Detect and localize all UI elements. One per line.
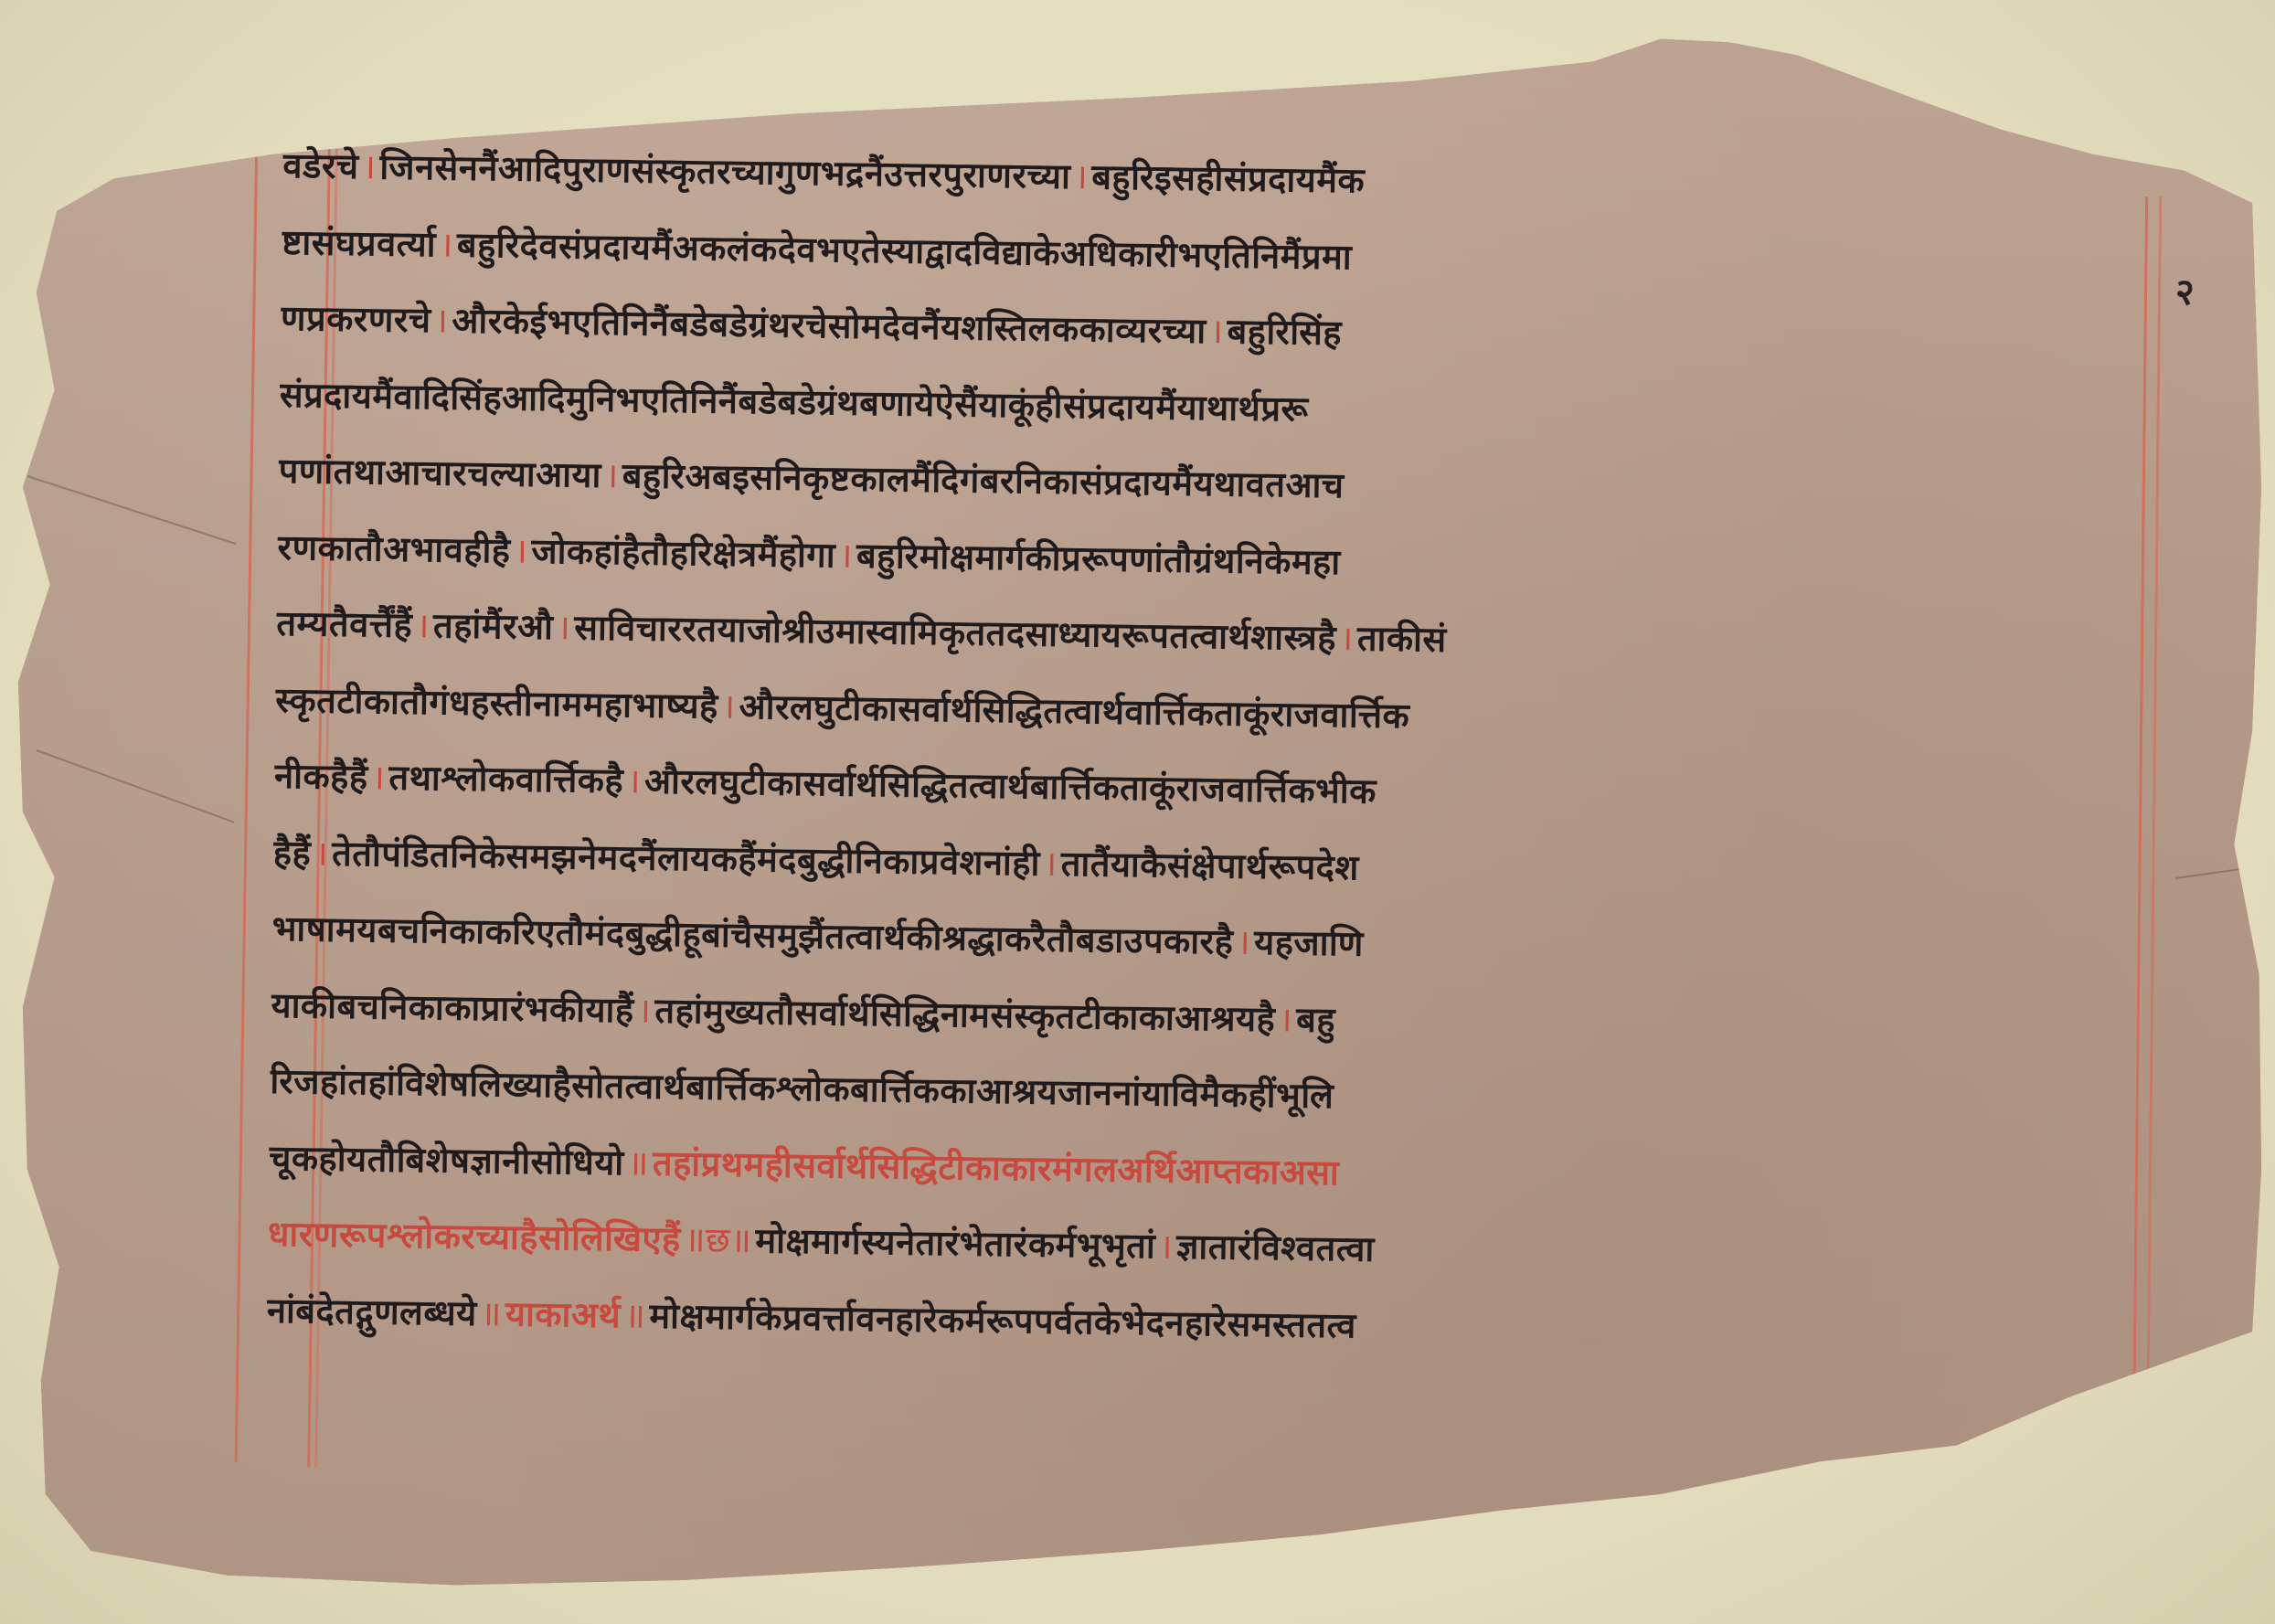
rubricated-text: याकाअर्थ <box>505 1293 622 1335</box>
text-segment: ताकीसं <box>1357 618 1447 659</box>
text-segment: चूकहोयतौबिशेषज्ञानीसोधियो <box>269 1137 624 1182</box>
rubricated-text: तहांप्रथमहीसर्वार्थसिद्धिटीकाकारमंगलअर्थ… <box>653 1142 1340 1192</box>
danda-mark: । <box>627 760 642 801</box>
paper-crack <box>27 475 237 545</box>
danda-mark: । <box>1159 1226 1174 1267</box>
text-segment: मोक्षमार्गकेप्रवर्त्तावनहारेकर्मरूपपर्वत… <box>649 1295 1356 1345</box>
text-segment: णप्रकरणरचे <box>281 298 431 340</box>
text-segment: तथाश्लोकवार्त्तिकहै <box>388 758 623 801</box>
text-segment: बहुरिसिंह <box>1227 311 1342 353</box>
text-segment: याकीबचनिकाकाप्रारंभकीयाहैं <box>271 984 634 1030</box>
danda-mark: ॥ <box>624 1295 646 1335</box>
danda-mark: । <box>1074 156 1089 196</box>
text-segment: साविचाररतयाजोश्रीउमास्वामिकृततदसाध्यायरू… <box>574 607 1336 658</box>
danda-mark: । <box>362 146 377 186</box>
danda-mark: । <box>1044 843 1058 883</box>
danda-mark: । <box>721 685 736 726</box>
right-margin-rule-2 <box>2146 196 2162 1449</box>
text-segment: वडेरचे <box>282 145 359 186</box>
text-segment: यहजाणि <box>1254 922 1364 964</box>
text-segment: ज्ञातारंविश्वतत्वा <box>1176 1226 1375 1269</box>
text-segment: तेतौपंडितनिकेसमझनेमदनैंलायकहैंमंदबुद्धीन… <box>332 833 1040 883</box>
left-margin-rule-outer <box>235 137 259 1462</box>
text-segment: तहांमुख्यतौसर्वार्थसिद्धिनामसंस्कृतटीकाक… <box>654 990 1275 1038</box>
text-segment: मोक्षमार्गस्यनेतारंभेतारंकर्मभूभृतां <box>755 1220 1155 1266</box>
danda-mark: । <box>1209 311 1224 351</box>
text-segment: जोकहांहैतौहरिक्षेत्रमैंहोगा <box>531 530 835 575</box>
text-segment: संप्रदायमैंवादिसिंहआदिमुनिभएतिनिनैंबडेबड… <box>280 374 1309 429</box>
text-segment: बहुरिइसहीसंप्रदायमैंक <box>1091 156 1365 200</box>
text-segment: औरलघुटीकासर्वार्थसिद्धितत्वार्थवार्त्तिक… <box>739 686 1409 736</box>
text-segment: पणांतथाआचारचल्याआया <box>278 451 601 495</box>
text-segment: बहुरिमोक्षमार्गकीप्ररूपणांतौग्रंथनिकेमहा <box>856 535 1341 581</box>
manuscript-text: वडेरचे।जिनसेननैंआदिपुराणसंस्कृतरच्यागुणभ… <box>266 128 2147 1375</box>
danda-mark: । <box>637 990 652 1030</box>
text-segment: नीकहैहैं <box>274 756 368 797</box>
text-segment: रणकातौअभावहीहै <box>277 526 511 570</box>
danda-mark: । <box>314 833 329 873</box>
text-segment: बहुरिदेवसंप्रदायमैंअकलंकदेवभएतेस्याद्वाद… <box>457 224 1353 277</box>
danda-mark: । <box>839 535 854 575</box>
text-segment: तम्यतैवर्त्तैंहैं <box>276 603 412 645</box>
danda-mark: ॥छ॥ <box>684 1219 751 1260</box>
danda-mark: ॥ <box>627 1142 649 1183</box>
text-segment: जिनसेननैंआदिपुराणसंस्कृतरच्यागुणभद्रनैंउ… <box>379 146 1071 196</box>
danda-mark: । <box>1279 999 1293 1039</box>
rubricated-text: धारणरूपश्लोकरच्याहैसोलिखिएहैं <box>268 1214 681 1259</box>
text-segment: औरलघुटीकासर्वार्थसिद्धितत्वार्थबार्त्तिक… <box>644 761 1377 812</box>
danda-mark: । <box>434 300 449 340</box>
danda-mark: । <box>605 455 620 495</box>
danda-mark: । <box>514 530 528 570</box>
paper-crack <box>37 749 235 823</box>
danda-mark: । <box>1237 922 1251 962</box>
danda-mark: ॥ <box>480 1293 502 1333</box>
danda-mark: । <box>371 757 386 797</box>
danda-mark: । <box>557 607 571 647</box>
text-segment: स्कृतटीकातौगंधहस्तीनाममहाभाष्यहै <box>275 679 718 726</box>
text-segment: भाषामयबचनिकाकरिएतौमंदबुद्धीहूबांचैसमुझैं… <box>271 908 1233 962</box>
text-segment: तहांमैंरऔ <box>433 605 554 647</box>
text-segment: तातैंयाकैसंक्षेपार्थरूपदेश <box>1060 843 1359 887</box>
text-segment: ष्टासंघप्रवर्त्या <box>282 221 436 263</box>
danda-mark: । <box>1340 618 1355 658</box>
folio-page-number: २ <box>2175 265 2195 315</box>
text-segment: नांबंदेतद्गुणलब्धये <box>267 1290 477 1332</box>
text-segment: हैहैं <box>273 832 312 873</box>
danda-mark: । <box>440 224 454 264</box>
text-segment: बहु <box>1296 999 1336 1040</box>
text-segment: बहुरिअबइसनिकृष्टकालमैंदिगंबरनिकासंप्रदाय… <box>622 455 1344 505</box>
danda-mark: । <box>416 605 431 645</box>
text-segment: औरकेईभएतिनिनैंबडेबडेग्रंथरचेसोमदेवनैंयशस… <box>452 301 1207 352</box>
text-segment: रिजहांतहांविशेषलिख्याहैसोतत्वार्थबार्त्त… <box>270 1061 1334 1116</box>
